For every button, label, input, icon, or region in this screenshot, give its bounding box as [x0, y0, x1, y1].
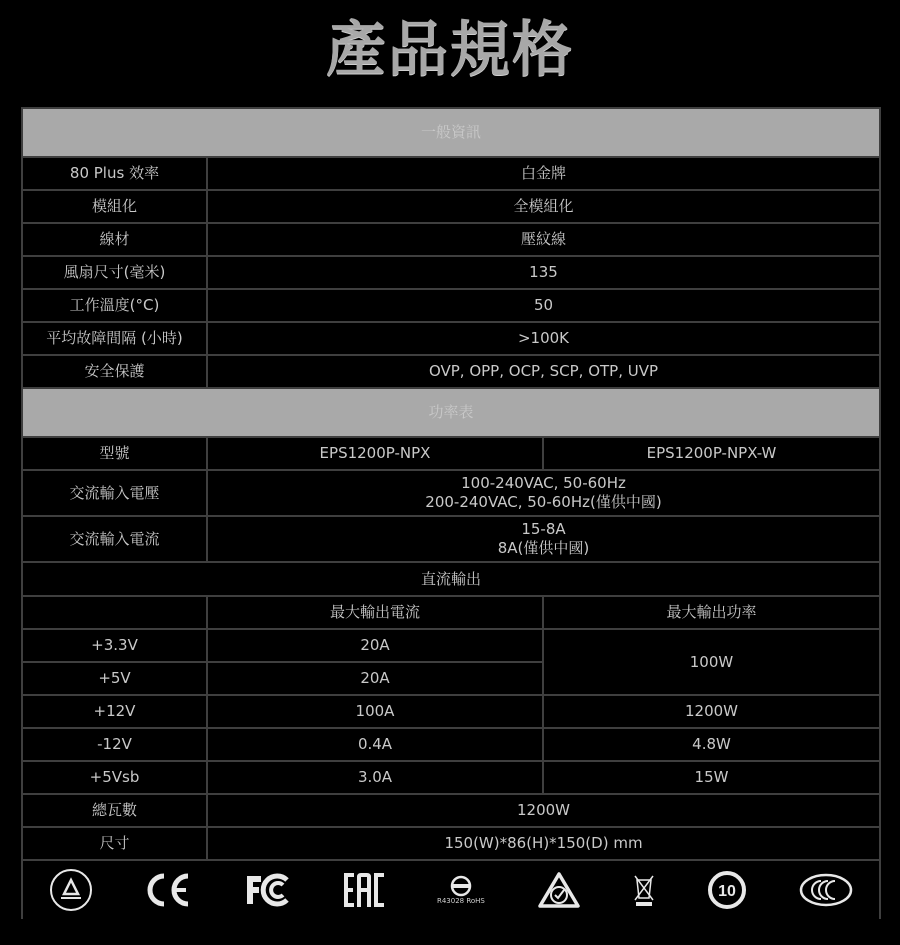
certification-logos: R43028 RoHS 10: [23, 864, 879, 916]
ac-voltage-line: 100-240VAC, 50-60Hz: [208, 474, 879, 493]
rohs-number: 10: [718, 883, 736, 900]
rail-label: -12V: [22, 728, 207, 761]
empty-cell: [22, 596, 207, 629]
table-row-total: 總瓦數 1200W: [22, 794, 880, 827]
table-row: 工作溫度(°C) 50: [22, 289, 880, 322]
section-title: 直流輸出: [22, 562, 880, 596]
rail-power-combined: 100W: [543, 629, 880, 695]
table-row: 風扇尺寸(毫米) 135: [22, 256, 880, 289]
section-dc-header: 直流輸出: [22, 562, 880, 596]
fcc-icon: [243, 872, 291, 908]
table-row-dc-header: 最大輸出電流 最大輸出功率: [22, 596, 880, 629]
table-row: +12V 100A 1200W: [22, 695, 880, 728]
rail-power: 1200W: [543, 695, 880, 728]
spec-label: 80 Plus 效率: [22, 157, 207, 190]
model-name: EPS1200P-NPX-W: [543, 437, 880, 470]
weee-icon: [633, 872, 655, 908]
rcm-icon: [536, 870, 582, 910]
tuv-rheinland-icon: [49, 868, 93, 912]
spec-label: 線材: [22, 223, 207, 256]
table-row: +5Vsb 3.0A 15W: [22, 761, 880, 794]
spec-label: 尺寸: [22, 827, 207, 860]
table-row: 平均故障間隔 (小時) >100K: [22, 322, 880, 355]
spec-value: 1200W: [207, 794, 880, 827]
eac-icon: [342, 871, 386, 909]
spec-table: 一般資訊 80 Plus 效率 白金牌 模組化 全模組化 線材 壓紋線 風扇尺寸…: [21, 107, 881, 919]
section-title: 一般資訊: [22, 108, 880, 157]
bsmi-icon: R43028 RoHS: [437, 875, 485, 905]
table-row: +3.3V 20A 100W: [22, 629, 880, 662]
spec-value: 壓紋線: [207, 223, 880, 256]
rail-label: +3.3V: [22, 629, 207, 662]
rail-current: 0.4A: [207, 728, 543, 761]
bsmi-text: R43028 RoHS: [437, 897, 485, 905]
spec-label: 模組化: [22, 190, 207, 223]
rail-current: 20A: [207, 629, 543, 662]
table-row: -12V 0.4A 4.8W: [22, 728, 880, 761]
spec-value: 135: [207, 256, 880, 289]
table-row-model: 型號 EPS1200P-NPX EPS1200P-NPX-W: [22, 437, 880, 470]
spec-value: >100K: [207, 322, 880, 355]
spec-label: 風扇尺寸(毫米): [22, 256, 207, 289]
column-header: 最大輸出功率: [543, 596, 880, 629]
spec-value: 15-8A 8A(僅供中國): [207, 516, 880, 562]
table-row: 線材 壓紋線: [22, 223, 880, 256]
spec-value: 50: [207, 289, 880, 322]
china-rohs-10-icon: 10: [706, 869, 748, 911]
ac-current-line: 8A(僅供中國): [208, 539, 879, 558]
ccc-icon: [799, 872, 853, 908]
spec-value: 白金牌: [207, 157, 880, 190]
spec-value: 150(W)*86(H)*150(D) mm: [207, 827, 880, 860]
certifications-row: R43028 RoHS 10: [22, 860, 880, 919]
rail-current: 3.0A: [207, 761, 543, 794]
ac-current-line: 15-8A: [208, 520, 879, 539]
spec-label: 工作溫度(°C): [22, 289, 207, 322]
section-power-header: 功率表: [22, 388, 880, 437]
spec-label: 交流輸入電流: [22, 516, 207, 562]
table-row: 模組化 全模組化: [22, 190, 880, 223]
table-row-ac-voltage: 交流輸入電壓 100-240VAC, 50-60Hz 200-240VAC, 5…: [22, 470, 880, 516]
section-general-header: 一般資訊: [22, 108, 880, 157]
table-row-ac-current: 交流輸入電流 15-8A 8A(僅供中國): [22, 516, 880, 562]
rail-label: +5V: [22, 662, 207, 695]
ce-mark-icon: [144, 872, 192, 908]
spec-value: 全模組化: [207, 190, 880, 223]
rail-power: 15W: [543, 761, 880, 794]
rail-current: 100A: [207, 695, 543, 728]
table-row: 80 Plus 效率 白金牌: [22, 157, 880, 190]
table-row: 安全保護 OVP, OPP, OCP, SCP, OTP, UVP: [22, 355, 880, 388]
rail-power: 4.8W: [543, 728, 880, 761]
spec-label: 平均故障間隔 (小時): [22, 322, 207, 355]
rail-label: +5Vsb: [22, 761, 207, 794]
section-title: 功率表: [22, 388, 880, 437]
spec-value: 100-240VAC, 50-60Hz 200-240VAC, 50-60Hz(…: [207, 470, 880, 516]
spec-label: 型號: [22, 437, 207, 470]
table-row-size: 尺寸 150(W)*86(H)*150(D) mm: [22, 827, 880, 860]
spec-label: 安全保護: [22, 355, 207, 388]
rail-label: +12V: [22, 695, 207, 728]
rail-current: 20A: [207, 662, 543, 695]
ac-voltage-line: 200-240VAC, 50-60Hz(僅供中國): [208, 493, 879, 512]
spec-label: 總瓦數: [22, 794, 207, 827]
spec-label: 交流輸入電壓: [22, 470, 207, 516]
model-name: EPS1200P-NPX: [207, 437, 543, 470]
spec-value: OVP, OPP, OCP, SCP, OTP, UVP: [207, 355, 880, 388]
column-header: 最大輸出電流: [207, 596, 543, 629]
page-title: 產品規格: [0, 10, 900, 90]
